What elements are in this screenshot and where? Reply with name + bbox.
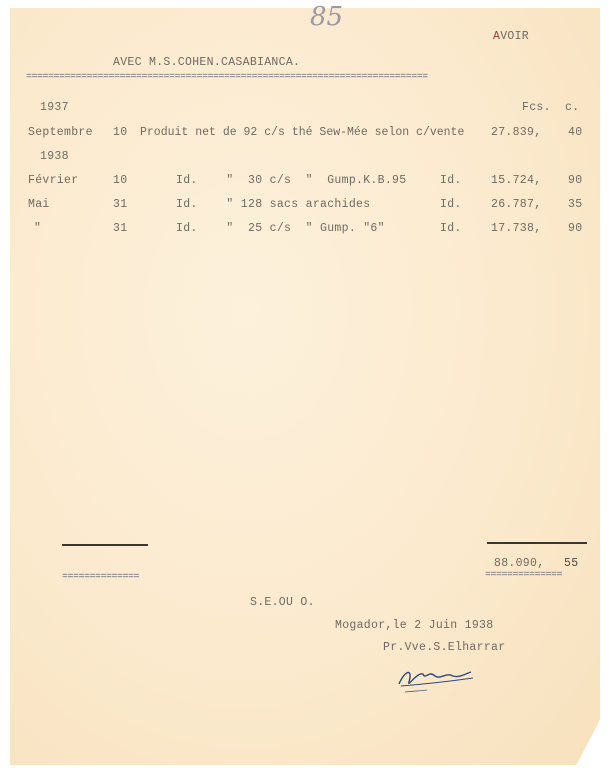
row-description: Id. " 30 c/s " Gump.K.B.95 xyxy=(176,174,406,187)
total-amount-fcs: 88.090, xyxy=(494,557,544,570)
row-amount-c: 40 xyxy=(568,126,582,139)
right-double-rule: ============== xyxy=(485,570,587,581)
total-amount-c: 55 xyxy=(564,557,578,570)
left-double-rule: ============== xyxy=(62,572,154,583)
row-day: 10 xyxy=(113,126,127,139)
handwritten-signature xyxy=(395,664,477,694)
row-ref: Id. xyxy=(440,198,462,211)
left-total-rule xyxy=(62,544,148,546)
seuo-note: S.E.OU O. xyxy=(250,596,315,609)
row-description: Id. " 128 sacs arachides xyxy=(176,198,370,211)
row-day: 31 xyxy=(113,198,127,211)
c-column-header: c. xyxy=(565,101,579,114)
row-month: " xyxy=(34,222,41,235)
row-ref: Id. xyxy=(440,174,462,187)
row-amount-c: 90 xyxy=(568,222,582,235)
row-month: Septembre xyxy=(28,126,93,139)
row-description: Id. " 25 c/s " Gump. "6" xyxy=(176,222,385,235)
fcs-column-header: Fcs. xyxy=(522,101,551,114)
row-month: Février xyxy=(28,174,78,187)
row-amount-fcs: 27.839, xyxy=(491,126,541,139)
year-label: 1937 xyxy=(40,101,69,114)
place-date: Mogador,le 2 Juin 1938 xyxy=(335,619,493,632)
signatory-name: Pr.Vve.S.Elharrar xyxy=(383,641,505,654)
row-description: Produit net de 92 c/s thé Sew-Mée selon … xyxy=(140,126,464,139)
row-amount-fcs: 26.787, xyxy=(491,198,541,211)
title-rest: VOIR xyxy=(500,30,529,43)
row-day: 31 xyxy=(113,222,127,235)
handwritten-page-number: 85 xyxy=(310,2,343,32)
document-title: AVOIR xyxy=(493,30,529,43)
row-amount-c: 35 xyxy=(568,198,582,211)
header-double-rule: ========================================… xyxy=(26,72,574,83)
document-page xyxy=(10,8,600,765)
right-total-rule xyxy=(487,542,587,544)
row-ref: Id. xyxy=(440,222,462,235)
year-label: 1938 xyxy=(40,150,69,163)
row-day: 10 xyxy=(113,174,127,187)
row-amount-fcs: 17.738, xyxy=(491,222,541,235)
account-holder: AVEC M.S.COHEN.CASABIANCA. xyxy=(113,56,300,69)
row-amount-fcs: 15.724, xyxy=(491,174,541,187)
row-amount-c: 90 xyxy=(568,174,582,187)
row-month: Mai xyxy=(28,198,50,211)
